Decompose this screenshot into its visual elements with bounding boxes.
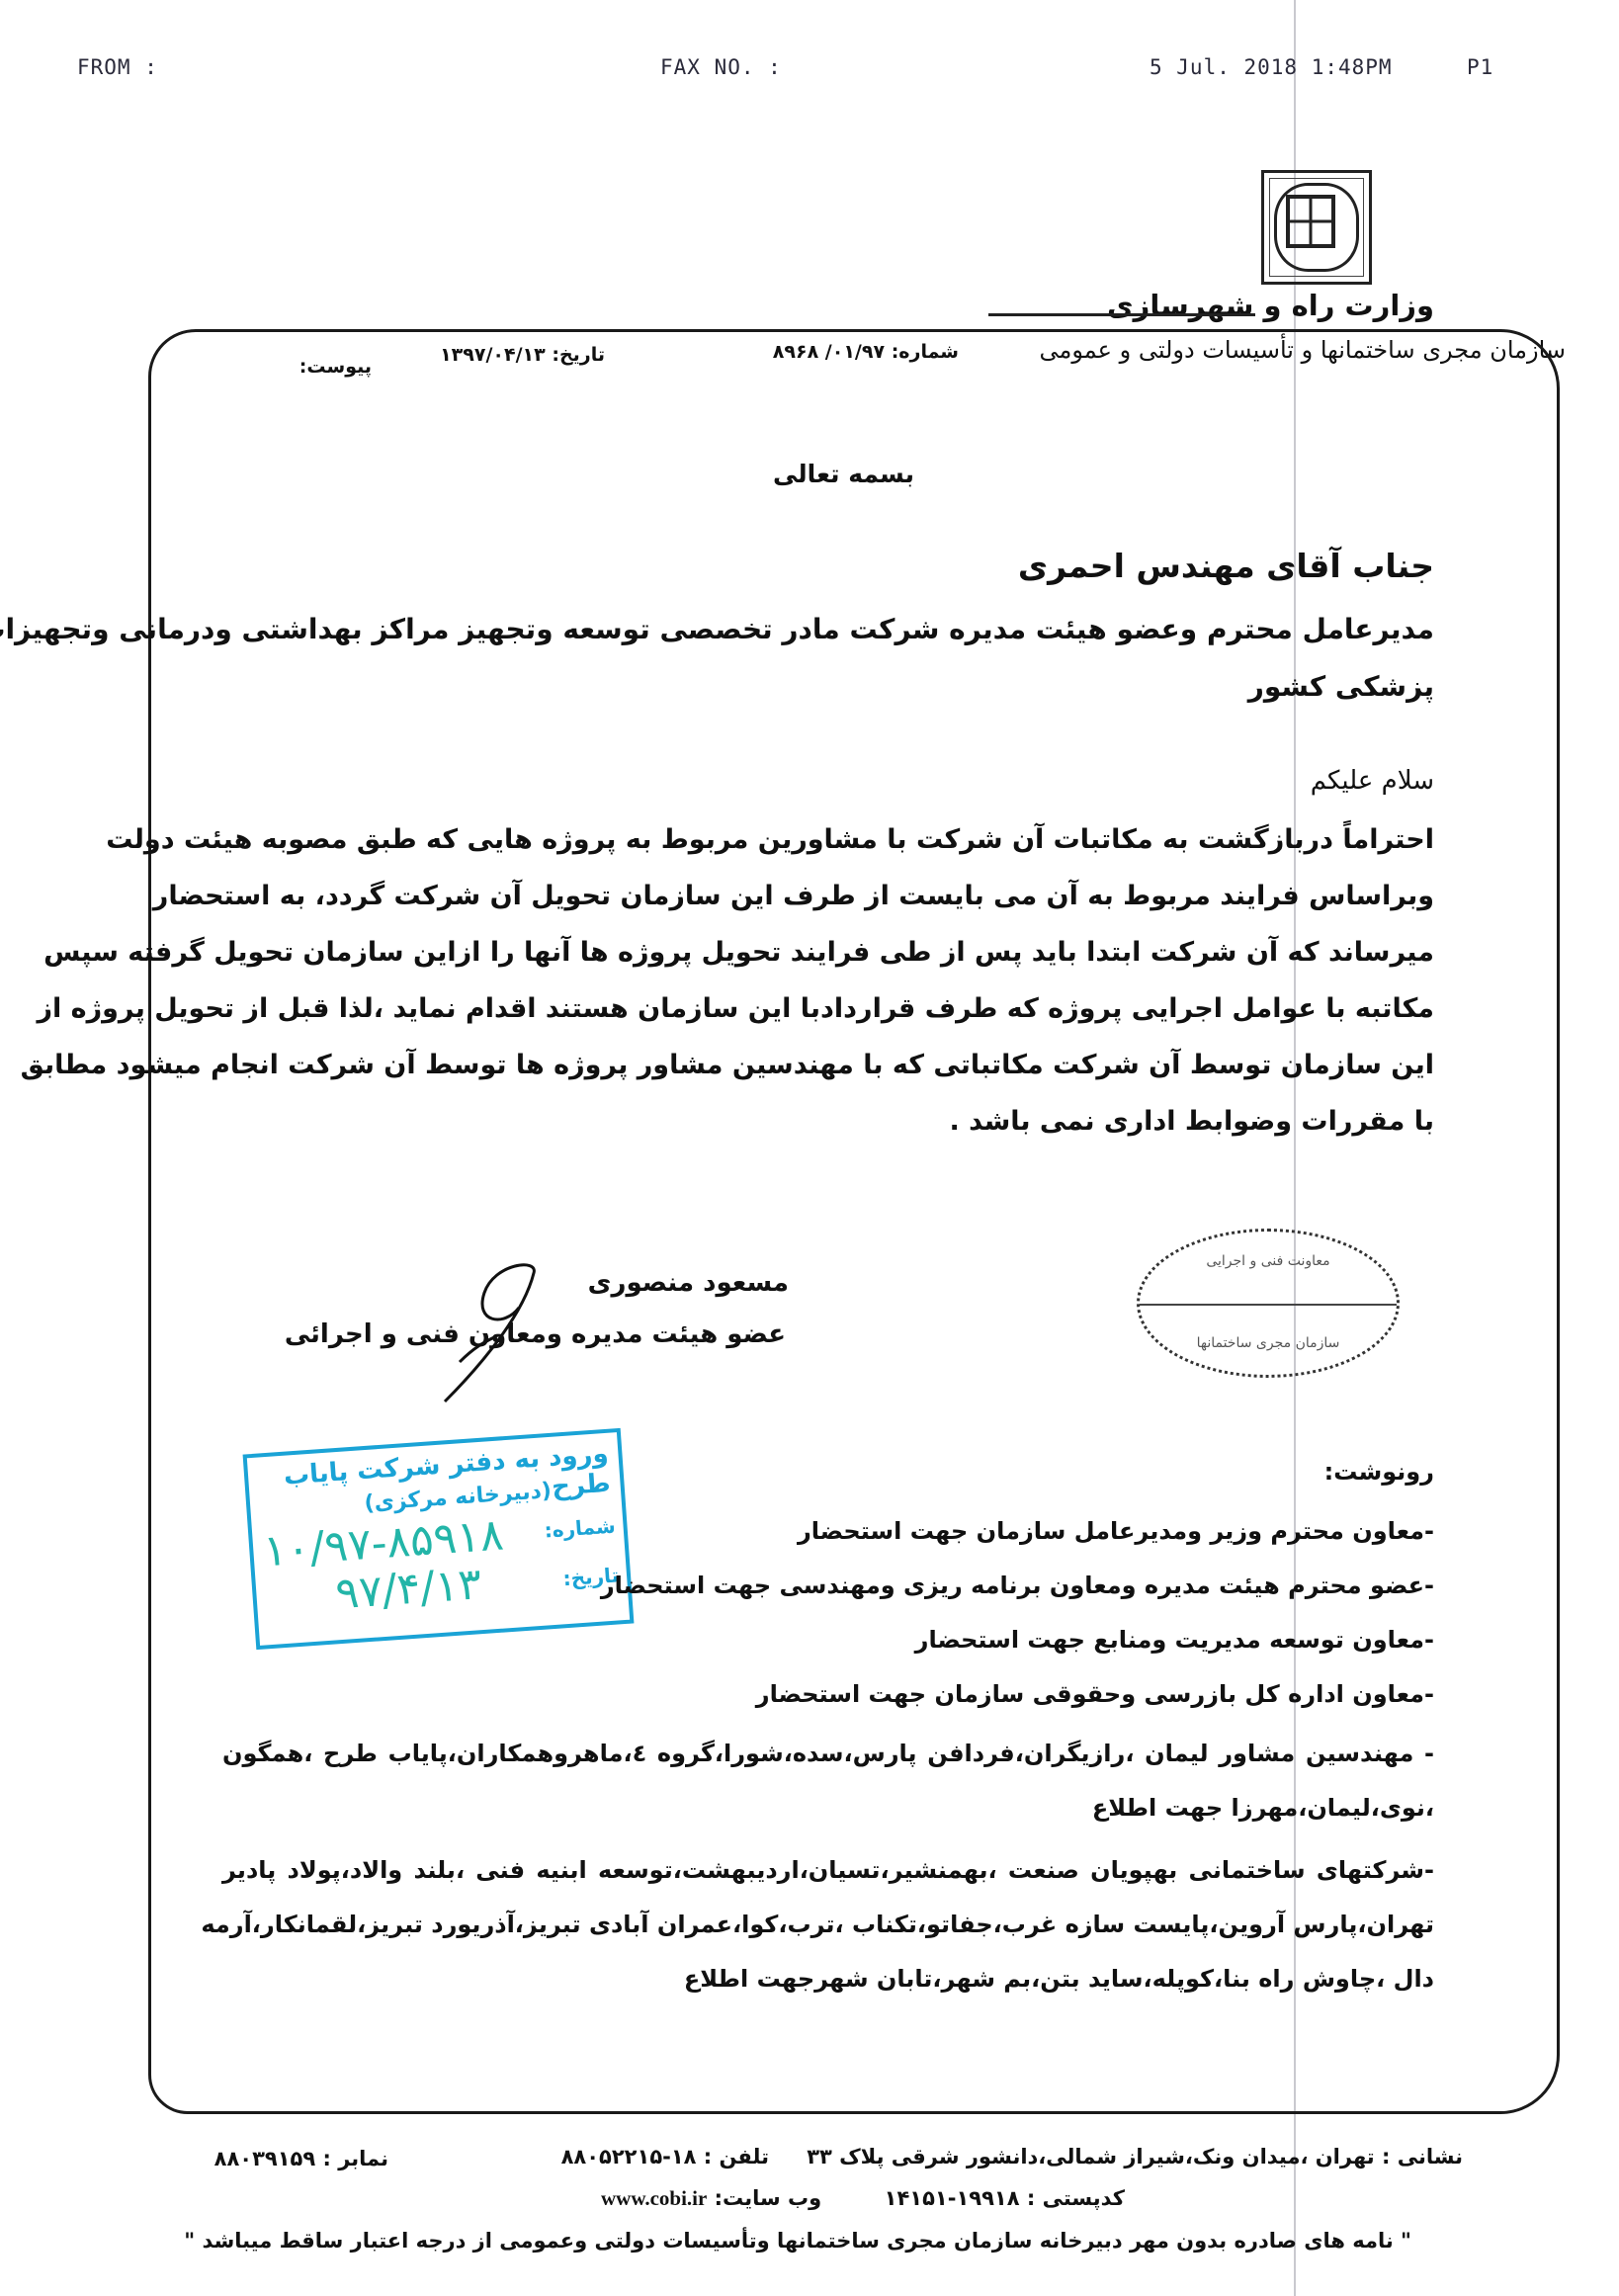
recipient-name: جناب آقای مهندس احمری: [1018, 547, 1434, 585]
footer-phone: تلفن : ۱۸-۸۸۰۵۲۲۱۵: [561, 2145, 769, 2168]
fax-number-label: FAX NO. :: [660, 55, 782, 79]
signatory-title: عضو هیئت مدیره ومعاون فنی و اجرائی: [285, 1319, 786, 1349]
body-line: با مقررات وضوابط اداری نمی باشد .: [949, 1108, 1434, 1135]
cc-title: رونوشت:: [1324, 1458, 1434, 1486]
body-line: مکاتبه با عوامل اجرایی پروژه که طرف قرار…: [222, 995, 1434, 1022]
footer-notice: " نامه های صادره بدون مهر دبیرخانه سازما…: [184, 2229, 1411, 2253]
letter-frame: [148, 329, 1560, 2114]
cc-item: -معاون اداره کل بازرسی وحقوقی سازمان جهت…: [756, 1680, 1434, 1708]
stamp-date-value: ۹۷/۴/۱۳: [334, 1559, 483, 1619]
cc-contractors-line-1: -شرکتهای ساختمانی بهپویان صنعت ،بهمنشیر،…: [222, 1856, 1434, 1884]
official-seal-stamp: معاونت فنی و اجرایی سازمان مجری ساختمانه…: [1137, 1229, 1400, 1378]
incoming-registration-stamp: ورود به دفتر شرکت پایاب طرح (دبیرخانه مر…: [243, 1428, 635, 1650]
body-line: احتراماً دربازگشت به مکاتبات آن شرکت با …: [222, 826, 1434, 853]
seal-top-text: معاونت فنی و اجرایی: [1159, 1253, 1377, 1269]
footer-postal-code: کدپستی : ۱۹۹۱۸-۱۴۱۵۱: [885, 2186, 1125, 2210]
recipient-title-line-1: مدیرعامل محترم وعضو هیئت مدیره شرکت مادر…: [0, 613, 1434, 645]
footer-website-url[interactable]: www.cobi.ir: [601, 2186, 707, 2210]
cc-item: -معاون محترم وزیر ومدیرعامل سازمان جهت ا…: [798, 1517, 1434, 1545]
cc-contractors-line-3: دال ،چاوش راه بنا،کوپله،ساید بتن،بم شهر،…: [684, 1965, 1434, 1993]
invocation: بسمه تعالی: [0, 460, 914, 488]
cc-item: -عضو محترم هیئت مدیره ومعاون برنامه ریزی…: [601, 1572, 1434, 1599]
fax-from-label: FROM :: [77, 55, 158, 79]
greeting: سلام علیکم: [1311, 766, 1434, 796]
fax-datetime: 5 Jul. 2018 1:48PM: [1150, 55, 1393, 79]
cc-contractors-line-2: تهران،پارس آروین،پایست سازه غرب،جفاتو،تک…: [222, 1911, 1434, 1938]
body-line: میرساند که آن شرکت ابتدا باید پس از طی ف…: [222, 939, 1434, 966]
fax-page-number: P1: [1467, 55, 1493, 79]
footer-website: www.cobi.ir وب سایت:: [601, 2186, 821, 2211]
cc-consultants-line-1: - مهندسین مشاور لیمان ،رازیگران،فردافن پ…: [222, 1740, 1434, 1767]
seal-bottom-text: سازمان مجری ساختمانها: [1159, 1335, 1377, 1351]
header-divider: [988, 313, 1255, 316]
body-line: وبراساس فرایند مربوط به آن می بایست از ط…: [222, 883, 1434, 909]
cc-item: -معاون توسعه مدیریت ومنابع جهت استحضار: [915, 1626, 1434, 1654]
footer-address: نشانی : تهران ،میدان ونک،شیراز شمالی،دان…: [807, 2145, 1463, 2168]
ministry-logo-icon: [1261, 170, 1372, 285]
signatory-name: مسعود منصوری: [588, 1268, 789, 1298]
recipient-title-line-2: پزشکی کشور: [1248, 670, 1434, 703]
body-line: این سازمان توسط آن شرکت مکاتباتی که با م…: [222, 1052, 1434, 1078]
stamp-number-label: شماره:: [544, 1514, 616, 1543]
footer-fax: نمابر : ۸۸۰۳۹۱۵۹: [214, 2147, 388, 2170]
ministry-name: وزارت راه و شهرسازی: [1107, 289, 1434, 322]
cc-consultants-line-2: ،نوی،لیمان،مهرزا جهت اطلاع: [1092, 1794, 1434, 1822]
footer-website-label: وب سایت:: [715, 2186, 822, 2210]
